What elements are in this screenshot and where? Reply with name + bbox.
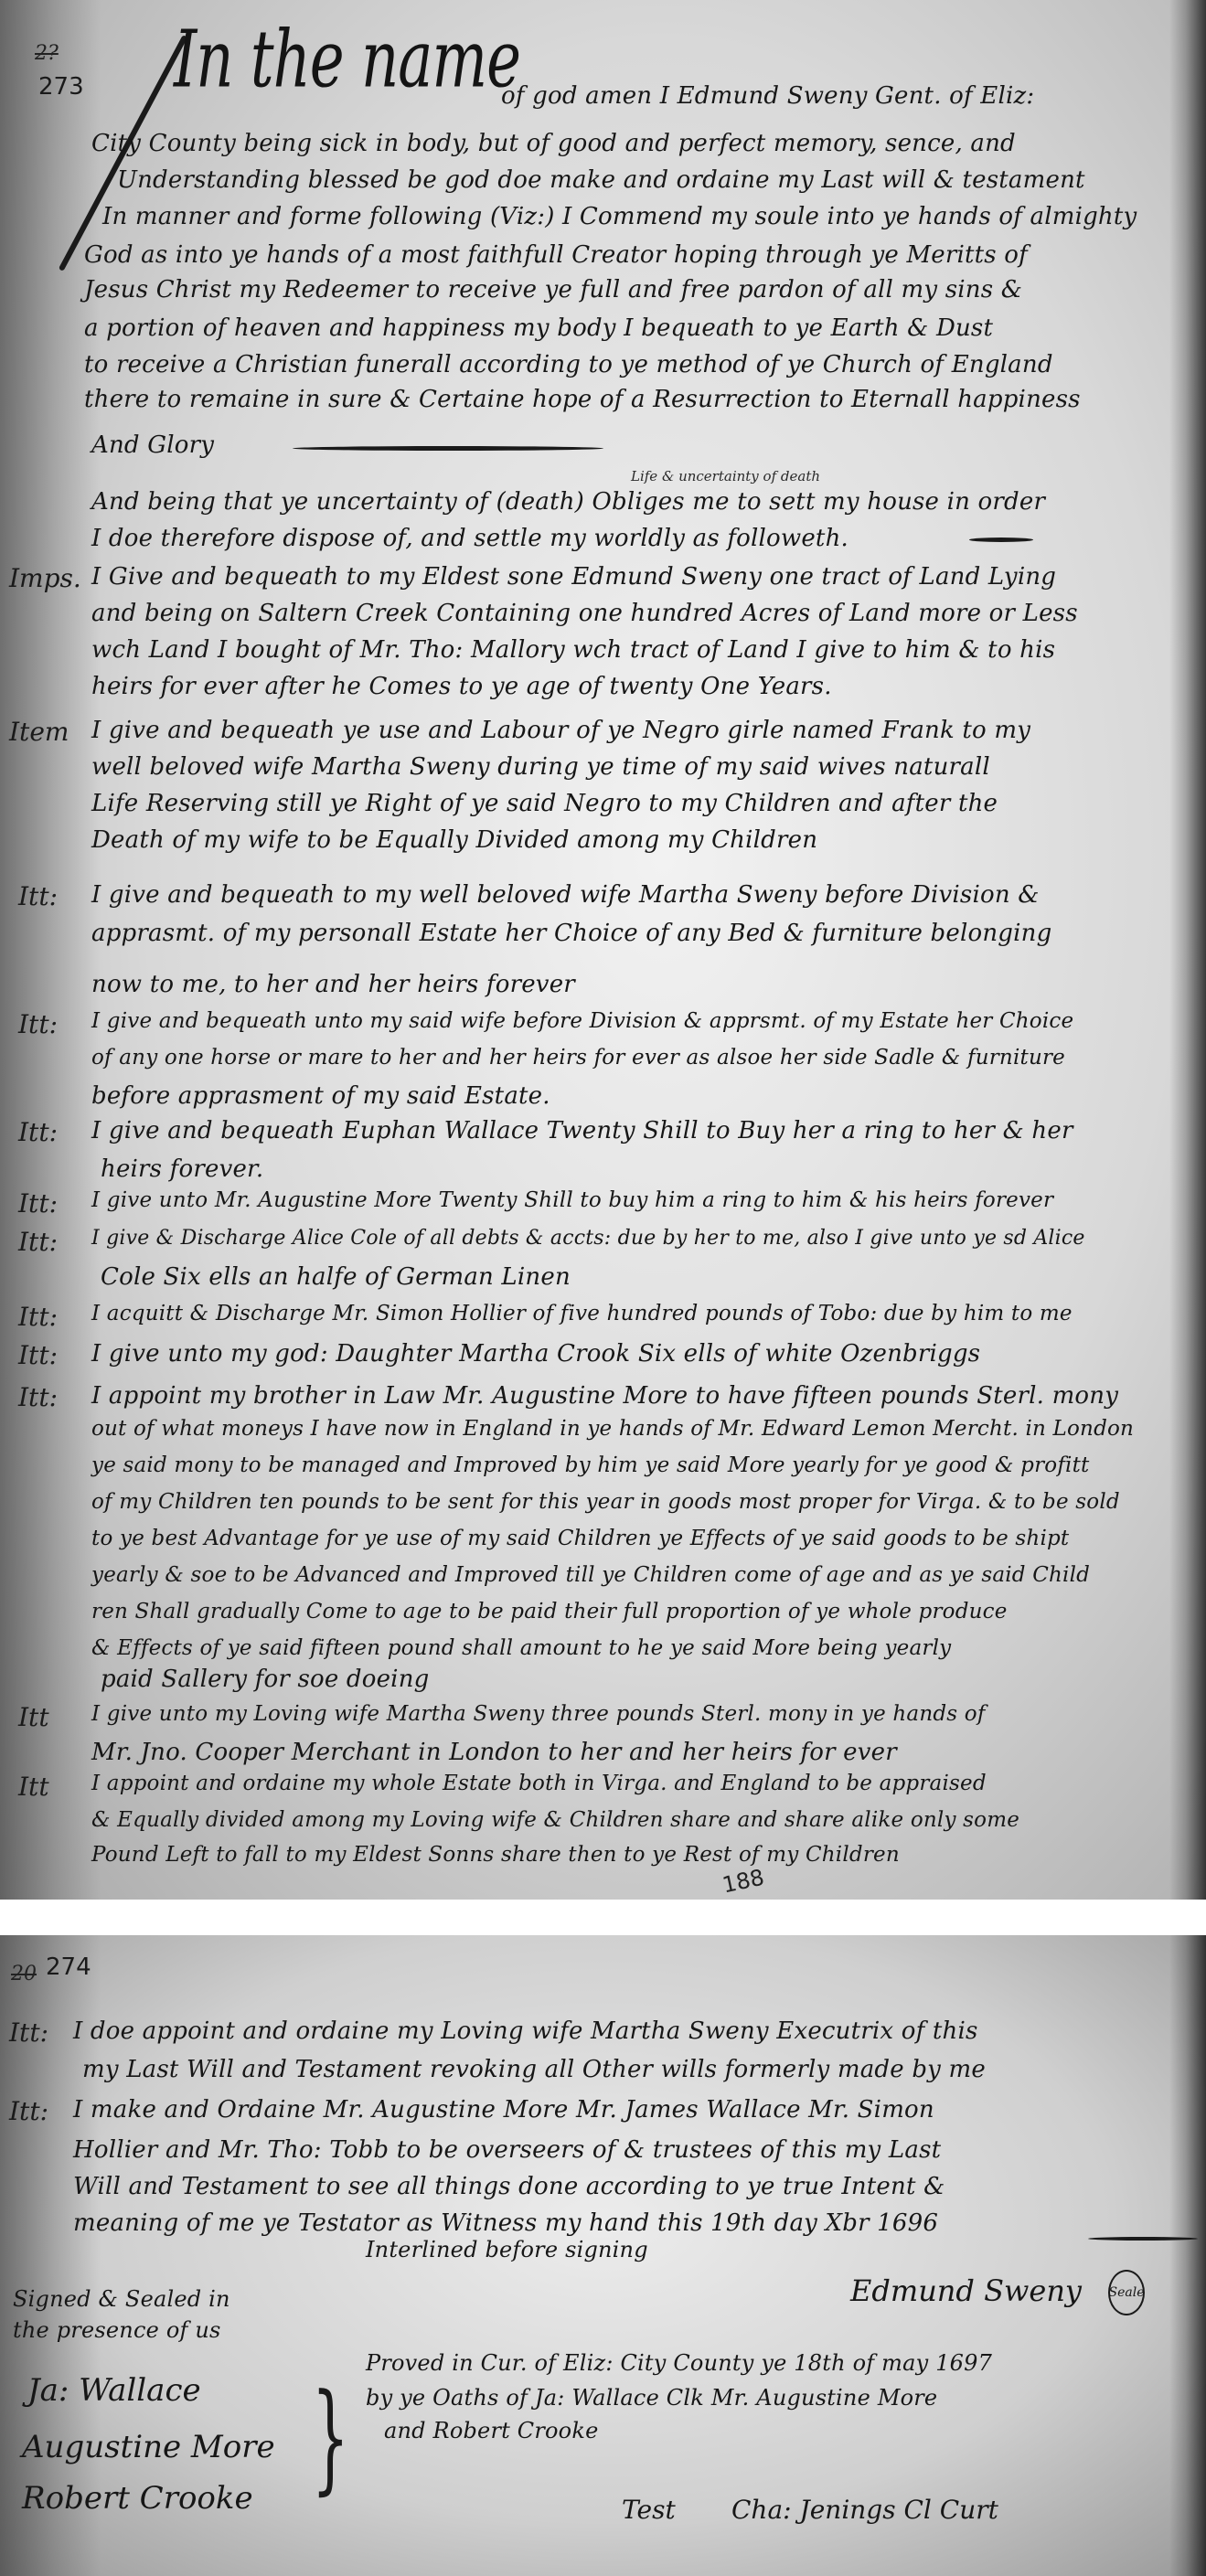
text-line: of god amen I Edmund Sweny Gent. of Eliz… (501, 84, 1034, 108)
text-line: City County being sick in body, but of g… (91, 132, 1016, 155)
probate-line: Proved in Cur. of Eliz: City County ye 1… (366, 2352, 992, 2374)
witness-clause: Signed & Sealed in (13, 2288, 230, 2310)
testator-signature: Edmund Sweny (850, 2273, 1082, 2308)
text-line: Jesus Christ my Redeemer to receive ye f… (84, 278, 1022, 302)
text-line: ye said mony to be managed and Improved … (91, 1455, 1089, 1476)
text-line: & Equally divided among my Loving wife &… (91, 1810, 1019, 1831)
pencil-page-number: 188 (720, 1865, 767, 1899)
text-line: Will and Testament to see all things don… (73, 2175, 945, 2198)
text-line: Interlined before signing (366, 2239, 648, 2261)
margin-label-item: Itt: (18, 1009, 58, 1039)
text-line: paid Sallery for soe doeing (101, 1667, 430, 1691)
margin-label-item: Itt: (18, 1382, 58, 1412)
text-line: I appoint and ordaine my whole Estate bo… (91, 1773, 987, 1794)
text-line: Mr. Jno. Cooper Merchant in London to he… (91, 1740, 897, 1764)
text-line: now to me, to her and her heirs forever (91, 973, 575, 996)
attest-label: Test (622, 2495, 676, 2525)
witness-name: Augustine More (22, 2429, 275, 2465)
text-line: a portion of heaven and happiness my bod… (84, 316, 993, 340)
probate-line: and Robert Crooke (384, 2420, 598, 2442)
text-line: and being on Saltern Creek Containing on… (91, 601, 1078, 625)
folio-number: 274 (46, 1953, 91, 1981)
margin-label-imprimis: Imps. (9, 563, 81, 593)
text-line: wch Land I bought of Mr. Tho: Mallory wc… (91, 638, 1055, 662)
witness-clause: the presence of us (13, 2319, 221, 2341)
text-line: & Effects of ye said fifteen pound shall… (91, 1638, 951, 1659)
text-line: to ye best Advantage for ye use of my sa… (91, 1528, 1069, 1549)
text-line: Death of my wife to be Equally Divided a… (91, 828, 817, 852)
text-line: of any one horse or mare to her and her … (91, 1048, 1065, 1069)
margin-label-item: Itt: (9, 2096, 48, 2126)
text-line: God as into ye hands of a most faithfull… (84, 243, 1028, 267)
text-line: I make and Ordaine Mr. Augustine More Mr… (73, 2098, 934, 2122)
text-line: Hollier and Mr. Tho: Tobb to be overseer… (73, 2138, 941, 2162)
date-underline (1088, 2237, 1198, 2241)
folio-crossed-out: 2? (35, 42, 59, 65)
margin-label-item: Itt (18, 1702, 49, 1732)
witness-name: Robert Crooke (22, 2480, 253, 2517)
page-divider (0, 1900, 1206, 1935)
text-line: I give unto my god: Daughter Martha Croo… (91, 1342, 980, 1366)
margin-label-item: Itt: (18, 1227, 58, 1257)
text-line: I doe appoint and ordaine my Loving wife… (73, 2019, 978, 2043)
folio-number: 273 (38, 73, 84, 101)
manuscript-page-273: 2? 273 In the name of god amen I Edmund … (0, 0, 1206, 1900)
margin-label-item: Itt: (18, 1188, 58, 1219)
text-line: In manner and forme following (Viz:) I C… (102, 205, 1137, 229)
text-line: I give unto Mr. Augustine More Twenty Sh… (91, 1190, 1053, 1211)
text-line: And Glory (91, 433, 214, 457)
text-line: I give & Discharge Alice Cole of all deb… (91, 1229, 1085, 1249)
will-heading: In the name (174, 15, 520, 106)
text-line: before apprasment of my said Estate. (91, 1084, 550, 1108)
text-line: I Give and bequeath to my Eldest sone Ed… (91, 565, 1056, 589)
margin-label-item: Item (9, 717, 69, 747)
margin-label-item: Itt: (9, 2017, 48, 2048)
text-line: I give and bequeath ye use and Labour of… (91, 719, 1030, 742)
text-line: Life Reserving still ye Right of ye said… (91, 792, 998, 815)
text-line: yearly & soe to be Advanced and Improved… (91, 1565, 1090, 1586)
text-line: out of what moneys I have now in England… (91, 1419, 1134, 1440)
folio-crossed-out: 20 (11, 1963, 37, 1985)
text-line: I doe therefore dispose of, and settle m… (91, 527, 848, 550)
probate-line: by ye Oaths of Ja: Wallace Clk Mr. Augus… (366, 2387, 937, 2409)
margin-label-item: Itt: (18, 881, 58, 911)
seal-mark: Seale (1108, 2270, 1145, 2315)
text-line: of my Children ten pounds to be sent for… (91, 1492, 1120, 1513)
margin-label-item: Itt: (18, 1340, 58, 1370)
text-line: I give and bequeath to my well beloved w… (91, 883, 1040, 907)
text-line: apprasmt. of my personall Estate her Cho… (91, 921, 1051, 945)
text-line: Pound Left to fall to my Eldest Sonns sh… (91, 1845, 900, 1866)
text-line: heirs forever. (101, 1157, 263, 1181)
margin-label-item: Itt: (18, 1117, 58, 1147)
text-line: And being that ye uncertainty of (death)… (91, 490, 1045, 514)
text-line: I give unto my Loving wife Martha Sweny … (91, 1704, 986, 1725)
text-line: to receive a Christian funerall accordin… (84, 353, 1053, 377)
text-line: my Last Will and Testament revoking all … (82, 2058, 986, 2081)
text-line: Understanding blessed be god doe make an… (117, 168, 1085, 192)
line-flourish (969, 538, 1033, 542)
text-line: I give and bequeath Euphan Wallace Twent… (91, 1119, 1073, 1143)
clerk-signature: Cha: Jenings Cl Curt (731, 2495, 998, 2525)
witness-brace: } (312, 2378, 349, 2496)
text-line: heirs for ever after he Comes to ye age … (91, 675, 832, 698)
margin-label-item: Itt (18, 1772, 49, 1802)
line-flourish (293, 446, 603, 451)
text-line: well beloved wife Martha Sweny during ye… (91, 755, 990, 779)
text-line: ren Shall gradually Come to age to be pa… (91, 1602, 1008, 1623)
text-line: I acquitt & Discharge Mr. Simon Hollier … (91, 1304, 1073, 1325)
interlinear-note: Life & uncertainty of death (631, 468, 820, 484)
text-line: Cole Six ells an halfe of German Linen (101, 1265, 571, 1289)
witness-name: Ja: Wallace (27, 2372, 201, 2409)
text-line: I give and bequeath unto my said wife be… (91, 1011, 1073, 1032)
text-line: meaning of me ye Testator as Witness my … (73, 2211, 938, 2235)
margin-label-item: Itt: (18, 1302, 58, 1332)
text-line: there to remaine in sure & Certaine hope… (84, 388, 1081, 411)
text-line: I appoint my brother in Law Mr. Augustin… (91, 1384, 1118, 1408)
manuscript-page-274: 20 274 Itt: I doe appoint and ordaine my… (0, 1935, 1206, 2576)
